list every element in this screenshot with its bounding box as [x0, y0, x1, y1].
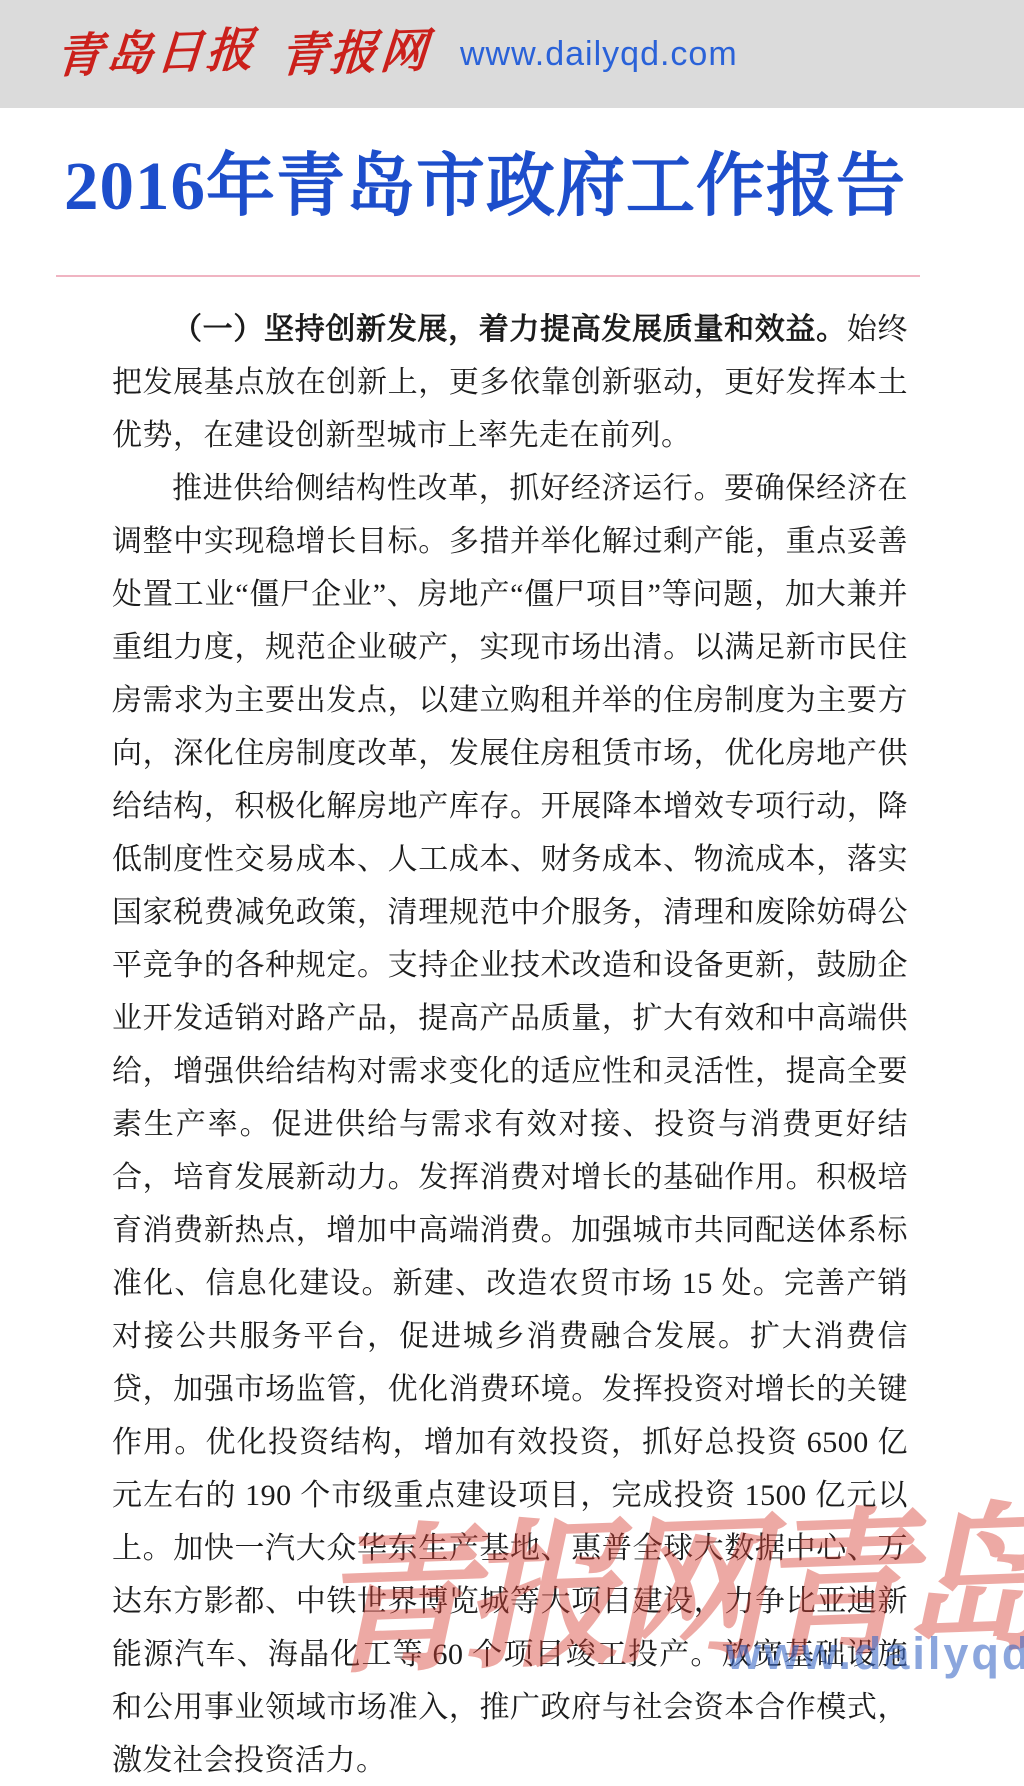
title-divider	[56, 275, 920, 277]
paragraph-1-lead: （一）坚持创新发展，着力提高发展质量和效益。	[172, 313, 847, 346]
article: 2016年青岛市政府工作报告 （一）坚持创新发展，着力提高发展质量和效益。始终把…	[0, 140, 1024, 1786]
paragraph-2-text: 推进供给侧结构性改革，抓好经济运行。要确保经济在调整中实现稳增长目标。多措并举化…	[112, 472, 908, 1777]
article-title: 2016年青岛市政府工作报告	[64, 140, 1024, 233]
article-body: （一）坚持创新发展，着力提高发展质量和效益。始终把发展基点放在创新上，更多依靠创…	[112, 303, 908, 1786]
site-header: 青岛日报 青报网 www.dailyqd.com	[0, 0, 1024, 108]
site-url-link[interactable]: www.dailyqd.com	[460, 35, 738, 74]
paragraph-2: 推进供给侧结构性改革，抓好经济运行。要确保经济在调整中实现稳增长目标。多措并举化…	[112, 462, 908, 1786]
qingbao-net-logo[interactable]: 青报网	[278, 28, 432, 80]
paragraph-1: （一）坚持创新发展，着力提高发展质量和效益。始终把发展基点放在创新上，更多依靠创…	[112, 303, 908, 462]
qingdao-daily-logo[interactable]: 青岛日报	[54, 27, 258, 81]
page: 青岛日报 青报网 www.dailyqd.com 2016年青岛市政府工作报告 …	[0, 0, 1024, 1786]
